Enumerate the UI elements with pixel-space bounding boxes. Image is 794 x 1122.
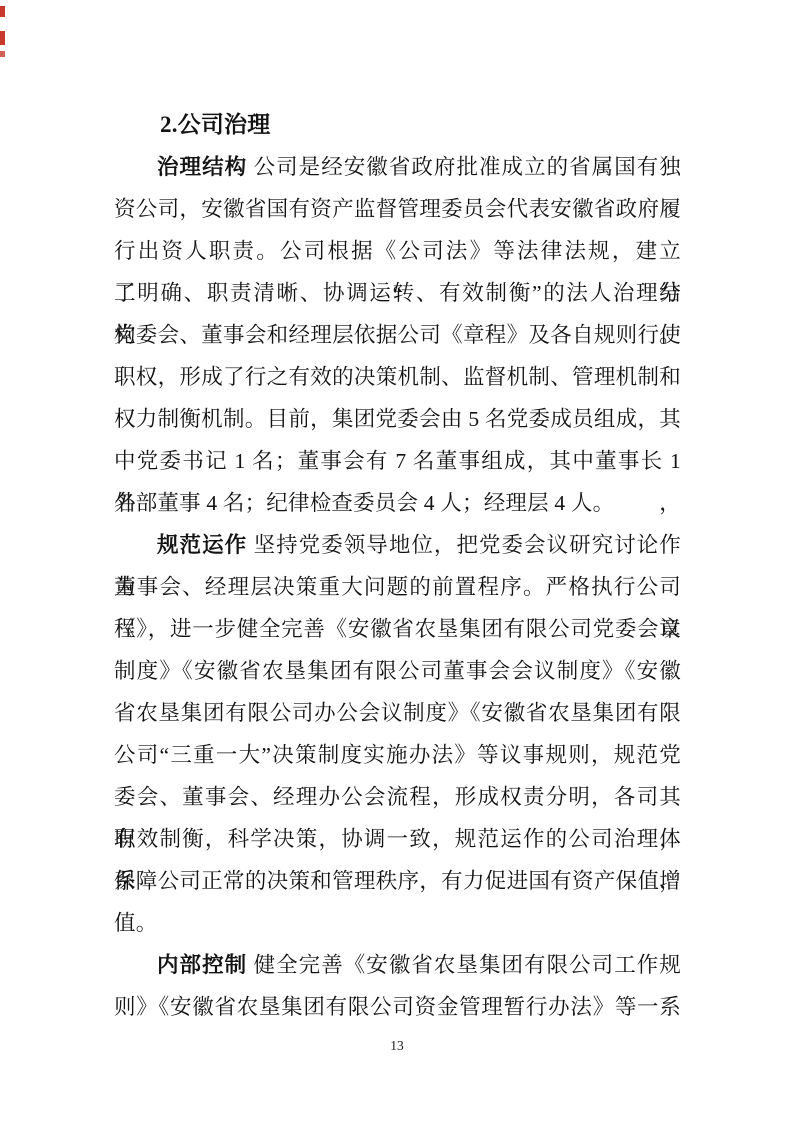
text-line: 工明确、职责清晰、协调运转、有效制衡”的法人治理结构。 <box>114 272 681 314</box>
text-line: 有效制衡，科学决策，协调一致，规范运作的公司治理体系， <box>114 818 681 860</box>
line-text: 外部董事 4 名；纪律检查委员会 4 人；经理层 4 人。 <box>114 491 614 515</box>
document-page: 2.公司治理 治理结构 公司是经安徽省政府批准成立的省属国有独 资公司，安徽省国… <box>0 0 794 1122</box>
line-text: 职权，形成了行之有效的决策机制、监督机制、管理机制和 <box>114 365 681 389</box>
text-line: 职权，形成了行之有效的决策机制、监督机制、管理机制和 <box>114 356 681 398</box>
run-in-label: 治理结构 <box>157 155 247 179</box>
line-text: 健全完善《安徽省农垦集团有限公司工作规 <box>247 953 681 977</box>
line-text: 党委会、董事会和经理层依据公司《章程》及各自规则行使 <box>114 323 681 347</box>
text-line: 权力制衡机制。目前，集团党委会由 5 名党委成员组成，其 <box>114 398 681 440</box>
text-line: 制度》《安徽省农垦集团有限公司董事会会议制度》《安徽 <box>114 650 681 692</box>
scan-artifact-mark <box>0 31 5 45</box>
text-line: 保障公司正常的决策和管理秩序，有力促进国有资产保值增 <box>114 860 681 902</box>
section-heading: 2.公司治理 <box>114 104 681 146</box>
line-text: 值。 <box>114 911 157 935</box>
text-line: 资公司，安徽省国有资产监督管理委员会代表安徽省政府履 <box>114 188 681 230</box>
text-line: 省农垦集团有限公司办公会议制度》《安徽省农垦集团有限 <box>114 692 681 734</box>
text-line: 治理结构 公司是经安徽省政府批准成立的省属国有独 <box>114 146 681 188</box>
text-line: 党委会、董事会和经理层依据公司《章程》及各自规则行使 <box>114 314 681 356</box>
line-text: 则》《安徽省农垦集团有限公司资金管理暂行办法》等一系 <box>114 995 681 1019</box>
text-line: 程》，进一步健全完善《安徽省农垦集团有限公司党委会议 <box>114 608 681 650</box>
run-in-label: 规范运作 <box>157 533 247 557</box>
text-line: 公司“三重一大”决策制度实施办法》等议事规则，规范党 <box>114 734 681 776</box>
line-text: 程》，进一步健全完善《安徽省农垦集团有限公司党委会议 <box>114 617 681 641</box>
run-in-label: 内部控制 <box>157 953 247 977</box>
line-text: 资公司，安徽省国有资产监督管理委员会代表安徽省政府履 <box>114 197 681 221</box>
scan-artifact-mark <box>0 6 5 17</box>
section-heading-text: 2.公司治理 <box>160 112 270 137</box>
text-line: 规范运作 坚持党委领导地位，把党委会议研究讨论作为 <box>114 524 681 566</box>
scan-artifact-mark <box>0 51 5 57</box>
text-line: 中党委书记 1 名；董事会有 7 名董事组成，其中董事长 1 名， <box>114 440 681 482</box>
text-line: 外部董事 4 名；纪律检查委员会 4 人；经理层 4 人。 <box>114 482 681 524</box>
line-text: 制度》《安徽省农垦集团有限公司董事会会议制度》《安徽 <box>114 659 681 683</box>
line-text: 权力制衡机制。目前，集团党委会由 5 名党委成员组成，其 <box>114 407 681 431</box>
line-text: 公司“三重一大”决策制度实施办法》等议事规则，规范党 <box>114 743 681 767</box>
text-line: 值。 <box>114 902 681 944</box>
line-text: 省农垦集团有限公司办公会议制度》《安徽省农垦集团有限 <box>114 701 681 725</box>
page-number: 13 <box>0 1036 794 1056</box>
text-block: 2.公司治理 治理结构 公司是经安徽省政府批准成立的省属国有独 资公司，安徽省国… <box>114 104 681 1028</box>
line-text: 公司是经安徽省政府批准成立的省属国有独 <box>247 155 681 179</box>
text-line: 委会、董事会、经理办公会流程，形成权责分明，各司其职， <box>114 776 681 818</box>
text-line: 内部控制 健全完善《安徽省农垦集团有限公司工作规 <box>114 944 681 986</box>
text-line: 行出资人职责。公司根据《公司法》等法律法规，建立了“分 <box>114 230 681 272</box>
text-line: 董事会、经理层决策重大问题的前置程序。严格执行公司《章 <box>114 566 681 608</box>
line-text: 保障公司正常的决策和管理秩序，有力促进国有资产保值增 <box>114 869 681 893</box>
text-line: 则》《安徽省农垦集团有限公司资金管理暂行办法》等一系 <box>114 986 681 1028</box>
